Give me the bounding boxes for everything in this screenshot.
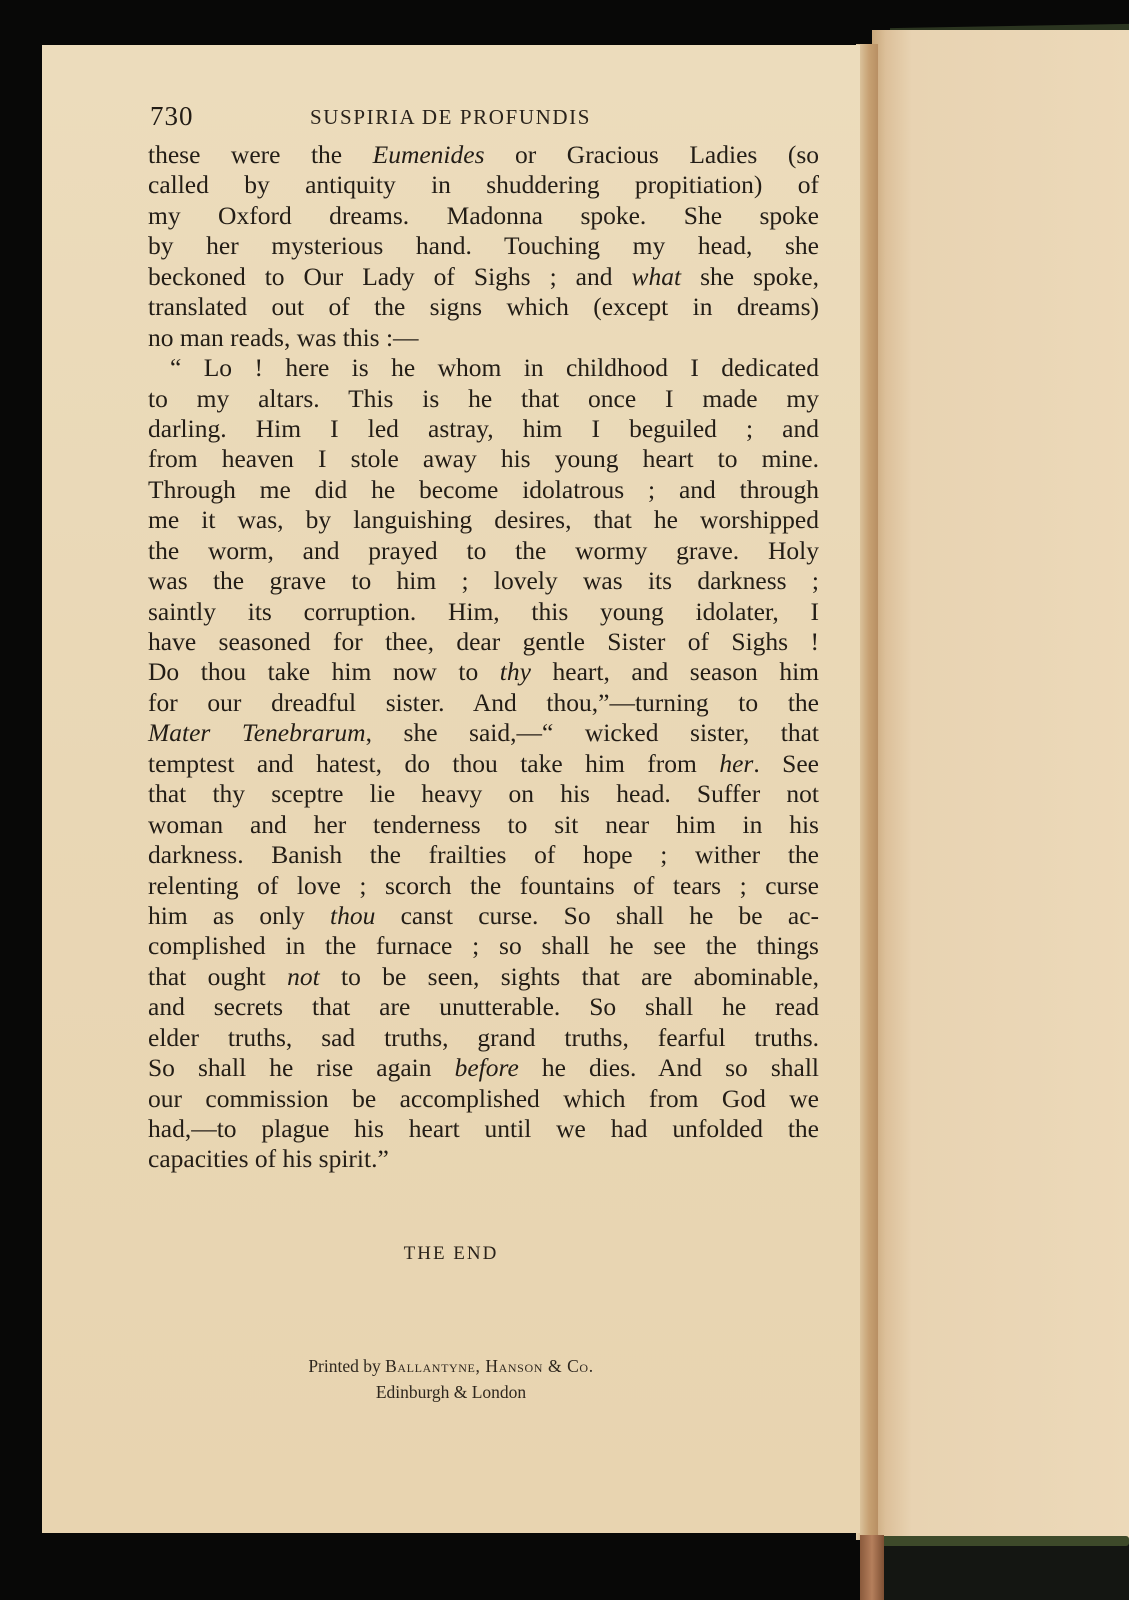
text-segment: beckoned to Our Lady of Sighs ; and — [148, 262, 632, 291]
text-segment: me it was, by languishing desires, that … — [148, 505, 819, 534]
text-segment: Do thou take him now to — [148, 657, 500, 686]
text-segment: him as only — [148, 901, 330, 930]
colophon-prefix: Printed by — [308, 1356, 385, 1376]
text-segment: have seasoned for thee, dear gentle Sist… — [148, 627, 819, 656]
bookmark-ribbon — [860, 1535, 884, 1600]
text-segment: called by antiquity in shuddering propit… — [148, 170, 819, 199]
text-segment: translated out of the signs which (excep… — [148, 292, 819, 321]
text-line: Through me did he become idolatrous ; an… — [148, 475, 819, 505]
text-segment: that thy sceptre lie heavy on his head. … — [148, 779, 819, 808]
text-segment: darling. Him I led astray, him I beguile… — [148, 414, 819, 443]
text-line: these were the Eumenides or Gracious Lad… — [148, 140, 819, 170]
text-line: no man reads, was this :— — [148, 323, 819, 353]
text-segment: saintly its corruption. Him, this young … — [148, 597, 819, 626]
book-cover-green-edge — [880, 1536, 1129, 1546]
book-cover-bottom — [860, 1540, 1129, 1600]
text-line: capacities of his spirit.” — [148, 1144, 819, 1174]
text-segment: had,—to plague his heart until we had un… — [148, 1114, 819, 1143]
text-line: called by antiquity in shuddering propit… — [148, 170, 819, 200]
text-line: our commission be accomplished which fro… — [148, 1084, 819, 1114]
text-segment: these were the — [148, 140, 373, 169]
text-segment: for our dreadful sister. And thou,”—turn… — [148, 688, 819, 717]
text-segment: and secrets that are unutterable. So sha… — [148, 992, 819, 1021]
right-page — [872, 30, 1129, 1552]
italic-term: what — [632, 262, 682, 291]
text-segment: from heaven I stole away his young heart… — [148, 444, 819, 473]
text-line: Mater Tenebrarum, she said,—“ wicked sis… — [148, 718, 819, 748]
text-segment: . See — [753, 749, 819, 778]
text-segment: darkness. Banish the frailties of hope ;… — [148, 840, 819, 869]
text-segment: the worm, and prayed to the wormy grave.… — [148, 536, 819, 565]
text-segment: elder truths, sad truths, grand truths, … — [148, 1023, 819, 1052]
text-line: and secrets that are unutterable. So sha… — [148, 992, 819, 1022]
text-line: saintly its corruption. Him, this young … — [148, 597, 819, 627]
text-segment: to my altars. This is he that once I mad… — [148, 384, 819, 413]
colophon-printer-name: Ballantyne, Hanson & Co. — [385, 1356, 594, 1376]
italic-term: before — [455, 1053, 519, 1082]
text-line: So shall he rise again before he dies. A… — [148, 1053, 819, 1083]
text-line: translated out of the signs which (excep… — [148, 292, 819, 322]
text-line: by her mysterious hand. Touching my head… — [148, 231, 819, 261]
text-line: woman and her tenderness to sit near him… — [148, 810, 819, 840]
colophon-location: Edinburgh & London — [42, 1379, 860, 1405]
text-segment: “ Lo ! here is he whom in childhood I de… — [170, 353, 819, 382]
text-segment: temptest and hatest, do thou take him fr… — [148, 749, 719, 778]
text-line: complished in the furnace ; so shall he … — [148, 931, 819, 961]
text-segment: our commission be accomplished which fro… — [148, 1084, 819, 1113]
text-segment: Through me did he become idolatrous ; an… — [148, 475, 819, 504]
text-segment: canst curse. So shall he be ac- — [375, 901, 819, 930]
text-line: darkness. Banish the frailties of hope ;… — [148, 840, 819, 870]
text-line: that thy sceptre lie heavy on his head. … — [148, 779, 819, 809]
text-segment: woman and her tenderness to sit near him… — [148, 810, 819, 839]
the-end-heading: THE END — [42, 1243, 860, 1265]
running-head: 730 SUSPIRIA DE PROFUNDIS — [150, 101, 820, 137]
italic-term: Eumenides — [373, 140, 485, 169]
text-segment: or Gracious Ladies (so — [485, 140, 819, 169]
text-line: the worm, and prayed to the wormy grave.… — [148, 536, 819, 566]
text-segment: that ought — [148, 962, 287, 991]
text-segment: she spoke, — [681, 262, 819, 291]
italic-term: thy — [500, 657, 531, 686]
text-line: was the grave to him ; lovely was its da… — [148, 566, 819, 596]
text-line: beckoned to Our Lady of Sighs ; and what… — [148, 262, 819, 292]
text-line: me it was, by languishing desires, that … — [148, 505, 819, 535]
text-line: temptest and hatest, do thou take him fr… — [148, 749, 819, 779]
text-line: darling. Him I led astray, him I beguile… — [148, 414, 819, 444]
text-line: him as only thou canst curse. So shall h… — [148, 901, 819, 931]
printer-colophon: Printed by Ballantyne, Hanson & Co. Edin… — [42, 1353, 860, 1405]
text-segment: my Oxford dreams. Madonna spoke. She spo… — [148, 201, 819, 230]
text-segment: complished in the furnace ; so shall he … — [148, 931, 819, 960]
text-line: Do thou take him now to thy heart, and s… — [148, 657, 819, 687]
text-line: have seasoned for thee, dear gentle Sist… — [148, 627, 819, 657]
text-line: “ Lo ! here is he whom in childhood I de… — [148, 353, 819, 383]
text-segment: relenting of love ; scorch the fountains… — [148, 871, 819, 900]
text-line: for our dreadful sister. And thou,”—turn… — [148, 688, 819, 718]
text-segment: heart, and season him — [531, 657, 819, 686]
italic-term: not — [287, 962, 320, 991]
italic-term: thou — [330, 901, 375, 930]
text-segment: So shall he rise again — [148, 1053, 455, 1082]
text-segment: by her mysterious hand. Touching my head… — [148, 231, 819, 260]
colophon-printer-line: Printed by Ballantyne, Hanson & Co. — [42, 1353, 860, 1379]
text-segment: to be seen, sights that are abominable, — [320, 962, 819, 991]
text-segment: he dies. And so shall — [519, 1053, 819, 1082]
text-line: from heaven I stole away his young heart… — [148, 444, 819, 474]
running-title: SUSPIRIA DE PROFUNDIS — [310, 105, 591, 130]
page-number: 730 — [150, 101, 194, 132]
text-segment: no man reads, was this :— — [148, 323, 419, 352]
left-page: 730 SUSPIRIA DE PROFUNDIS these were the… — [42, 45, 860, 1533]
text-line: elder truths, sad truths, grand truths, … — [148, 1023, 819, 1053]
text-line: relenting of love ; scorch the fountains… — [148, 871, 819, 901]
text-segment: was the grave to him ; lovely was its da… — [148, 566, 819, 595]
text-segment: , she said,—“ wicked sister, that — [366, 718, 819, 747]
text-segment: capacities of his spirit.” — [148, 1144, 389, 1173]
text-line: that ought not to be seen, sights that a… — [148, 962, 819, 992]
italic-term: Mater Tenebrarum — [148, 718, 366, 747]
italic-term: her — [719, 749, 753, 778]
text-line: my Oxford dreams. Madonna spoke. She spo… — [148, 201, 819, 231]
text-line: to my altars. This is he that once I mad… — [148, 384, 819, 414]
body-text: these were the Eumenides or Gracious Lad… — [148, 140, 819, 1175]
text-line: had,—to plague his heart until we had un… — [148, 1114, 819, 1144]
